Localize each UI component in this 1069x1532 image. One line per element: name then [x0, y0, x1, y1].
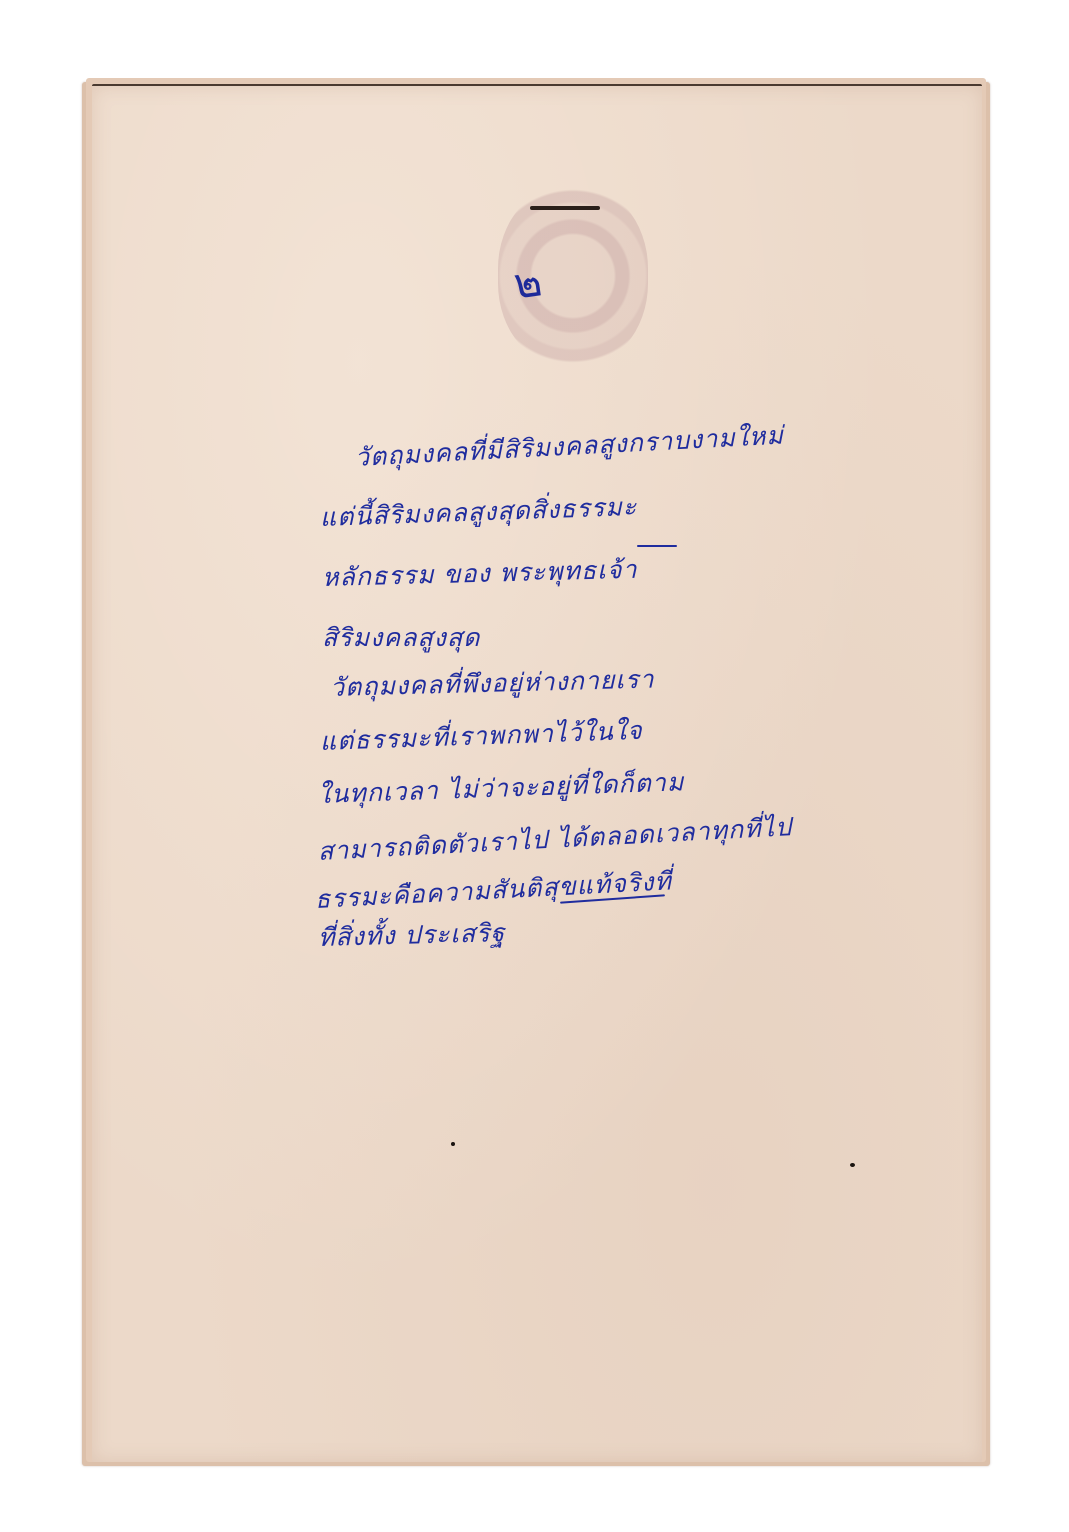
pen-stroke — [637, 545, 677, 547]
handwritten-line-3: หลักธรรม ของ พระพุทธเจ้า — [321, 550, 637, 598]
handwritten-line-10: ที่สิ่งทั้ง ประเสริฐ — [317, 913, 505, 958]
ink-speck — [451, 1142, 455, 1146]
staple-slit — [530, 206, 600, 210]
handwritten-line-5: วัตถุมงคลที่พึงอยู่ห่างกายเรา — [329, 660, 654, 708]
page-number: ๒ — [511, 260, 544, 305]
handwritten-line-4: สิริมงคลสูงสุด — [322, 618, 480, 658]
ink-speck — [850, 1163, 855, 1167]
